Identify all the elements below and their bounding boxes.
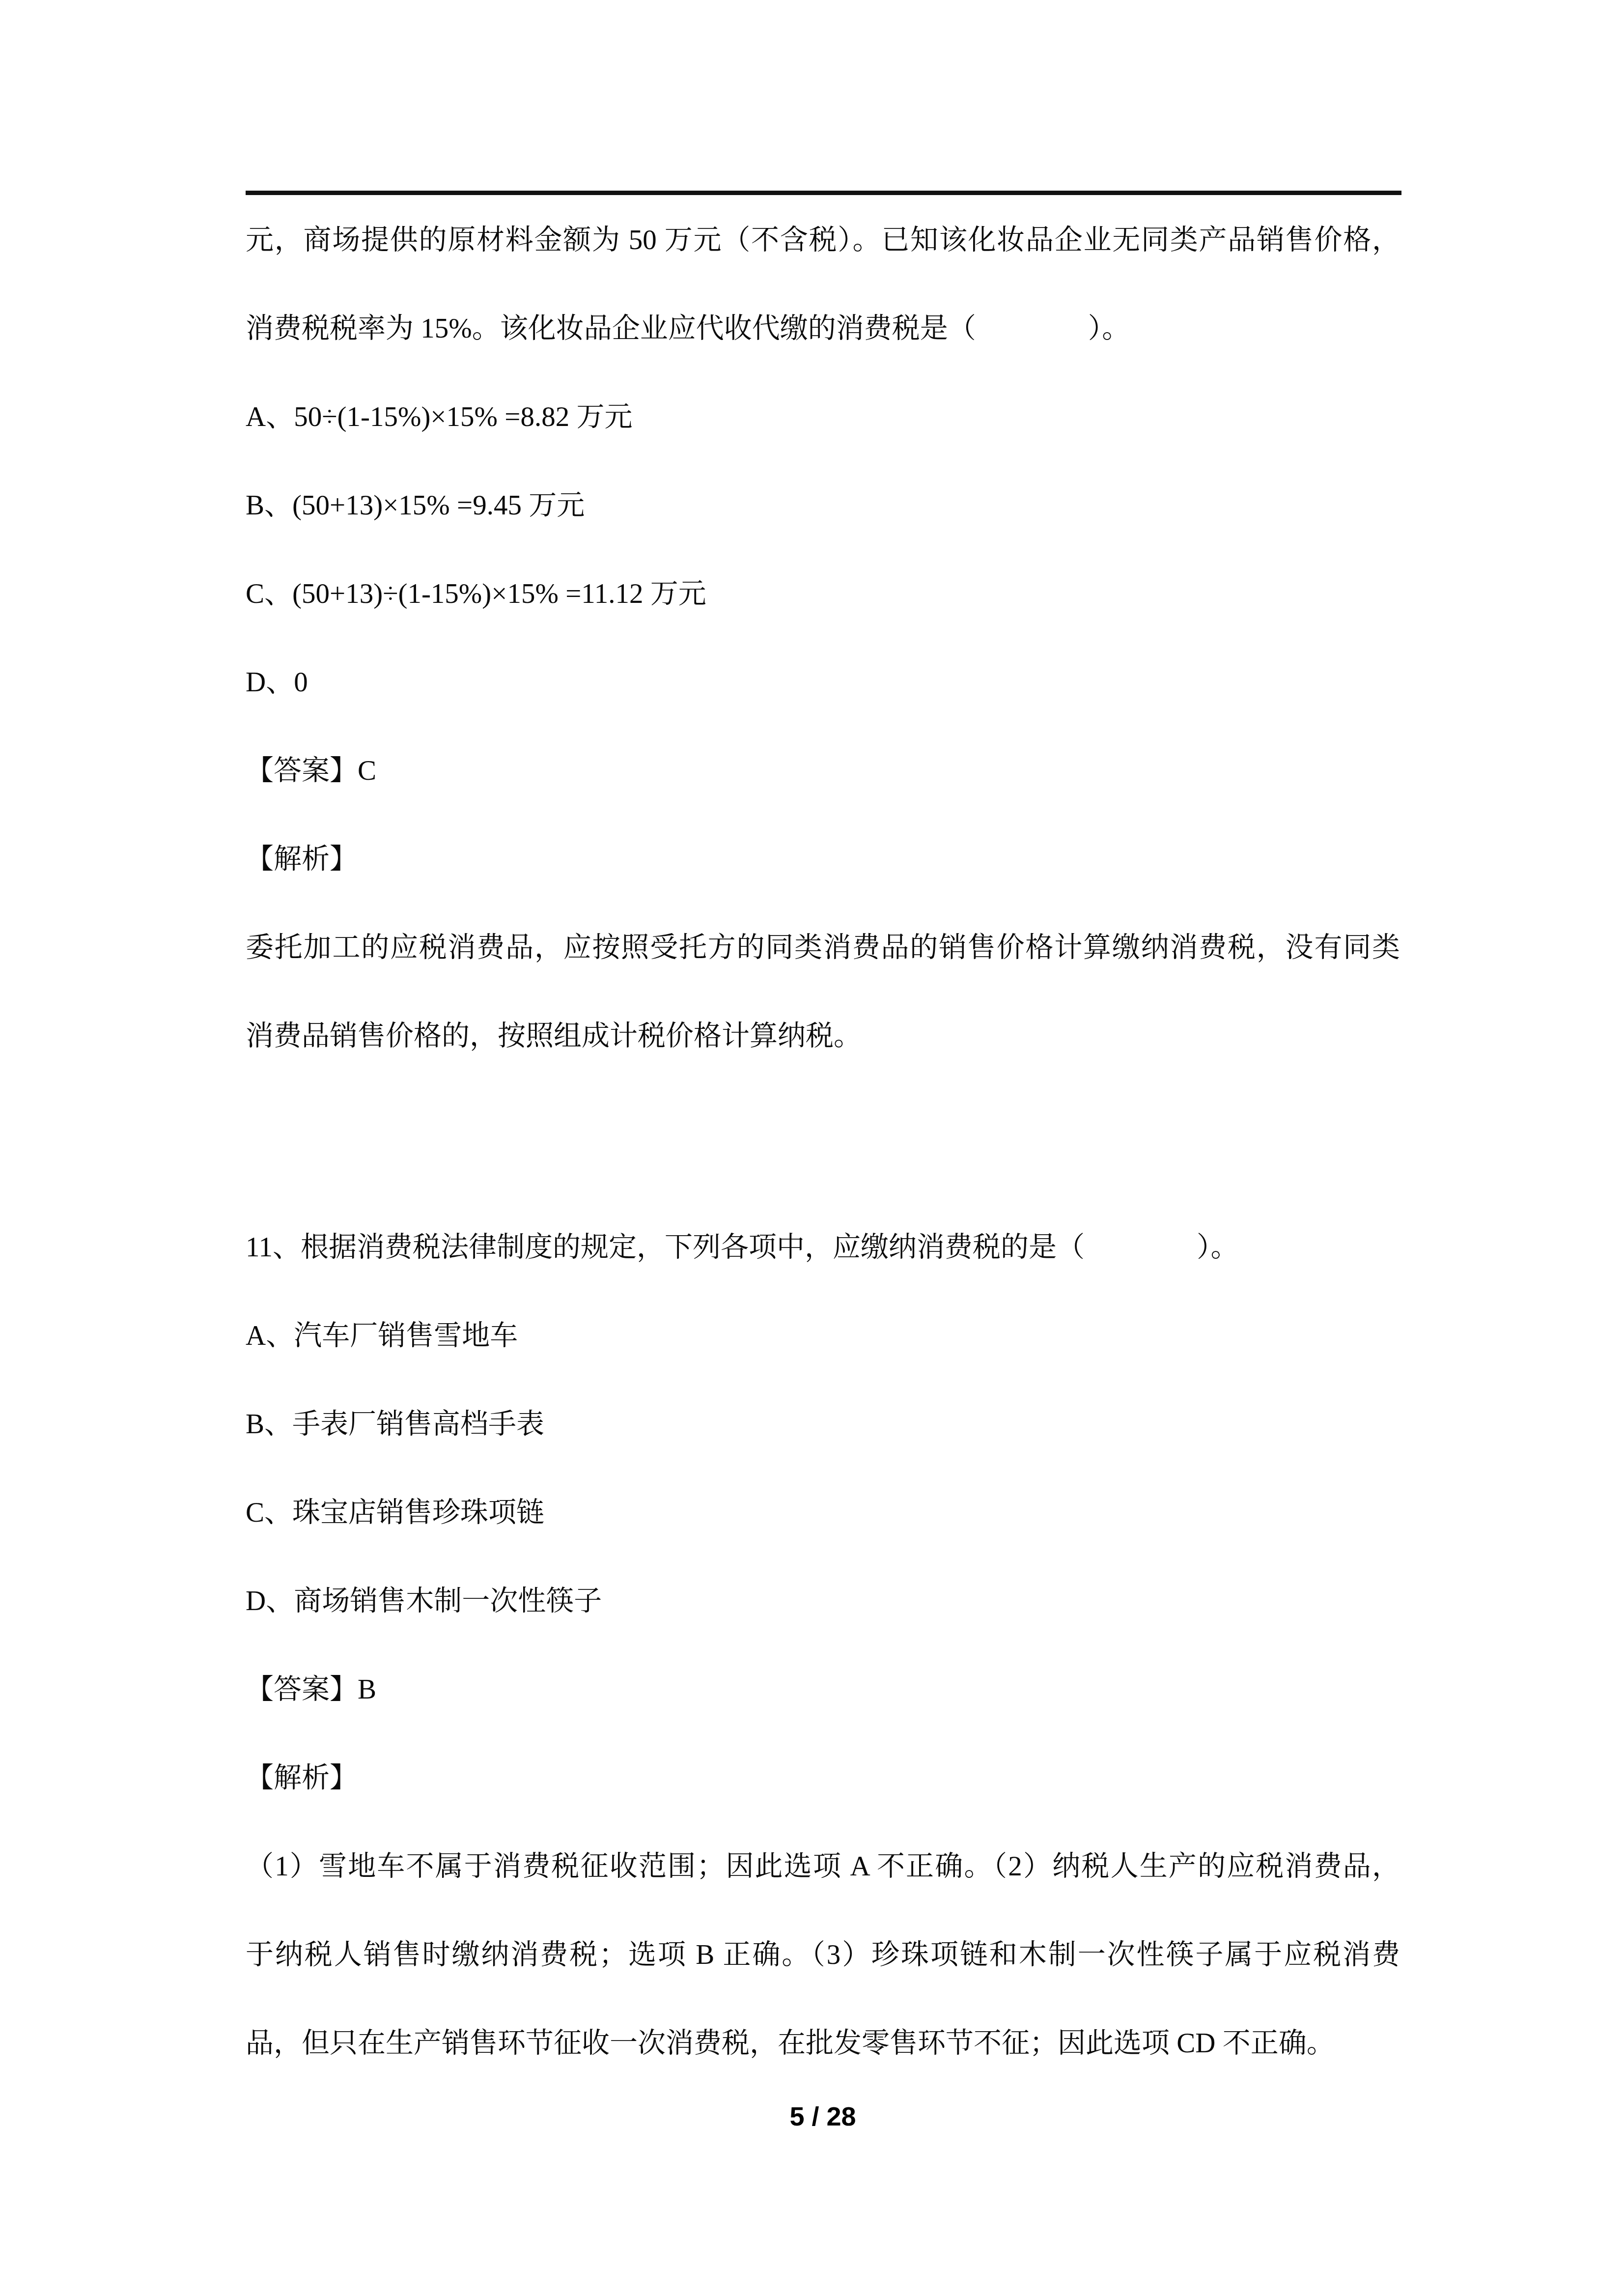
header-divider-rule [246, 191, 1401, 195]
q10-answer: 【答案】C [246, 727, 1400, 815]
q11-stem: 11、根据消费税法律制度的规定，下列各项中，应缴纳消费税的是（ ）。 [246, 1203, 1400, 1292]
q10-analysis-line-2: 消费品销售价格的，按照组成计税价格计算纳税。 [246, 992, 1400, 1080]
question-10-block: 元，商场提供的原材料金额为 50 万元（不含税）。已知该化妆品企业无同类产品销售… [246, 196, 1400, 1080]
q11-option-a: A、汽车厂销售雪地车 [246, 1292, 1400, 1380]
q10-option-d: D、0 [246, 638, 1400, 727]
q10-analysis-label: 【解析】 [246, 815, 1400, 904]
q10-option-c: C、(50+13)÷(1-15%)×15% =11.12 万元 [246, 550, 1400, 638]
q11-option-c: C、珠宝店销售珍珠项链 [246, 1469, 1400, 1557]
q11-analysis-label: 【解析】 [246, 1734, 1400, 1822]
q11-analysis-line-3: 品，但只在生产销售环节征收一次消费税，在批发零售环节不征；因此选项 CD 不正确… [246, 1999, 1400, 2088]
q11-analysis-line-1: （1）雪地车不属于消费税征收范围；因此选项 A 不正确。（2）纳税人生产的应税消… [246, 1822, 1400, 1911]
q11-option-d: D、商场销售木制一次性筷子 [246, 1557, 1400, 1645]
question-11-block: 11、根据消费税法律制度的规定，下列各项中，应缴纳消费税的是（ ）。 A、汽车厂… [246, 1203, 1400, 2088]
q10-option-b: B、(50+13)×15% =9.45 万元 [246, 461, 1400, 550]
q10-analysis-line-1: 委托加工的应税消费品，应按照受托方的同类消费品的销售价格计算缴纳消费税，没有同类 [246, 904, 1400, 992]
q10-stem-line-2: 消费税税率为 15%。该化妆品企业应代收代缴的消费税是（ ）。 [246, 284, 1400, 373]
q11-analysis-line-2: 于纳税人销售时缴纳消费税；选项 B 正确。（3）珍珠项链和木制一次性筷子属于应税… [246, 1911, 1400, 1999]
page-number: 5 / 28 [246, 2102, 1400, 2131]
q10-stem-line-1: 元，商场提供的原材料金额为 50 万元（不含税）。已知该化妆品企业无同类产品销售… [246, 196, 1400, 284]
q11-option-b: B、手表厂销售高档手表 [246, 1380, 1400, 1469]
q10-option-a: A、50÷(1-15%)×15% =8.82 万元 [246, 373, 1400, 461]
document-page: 元，商场提供的原材料金额为 50 万元（不含税）。已知该化妆品企业无同类产品销售… [0, 0, 1624, 2296]
q11-answer: 【答案】B [246, 1645, 1400, 1734]
